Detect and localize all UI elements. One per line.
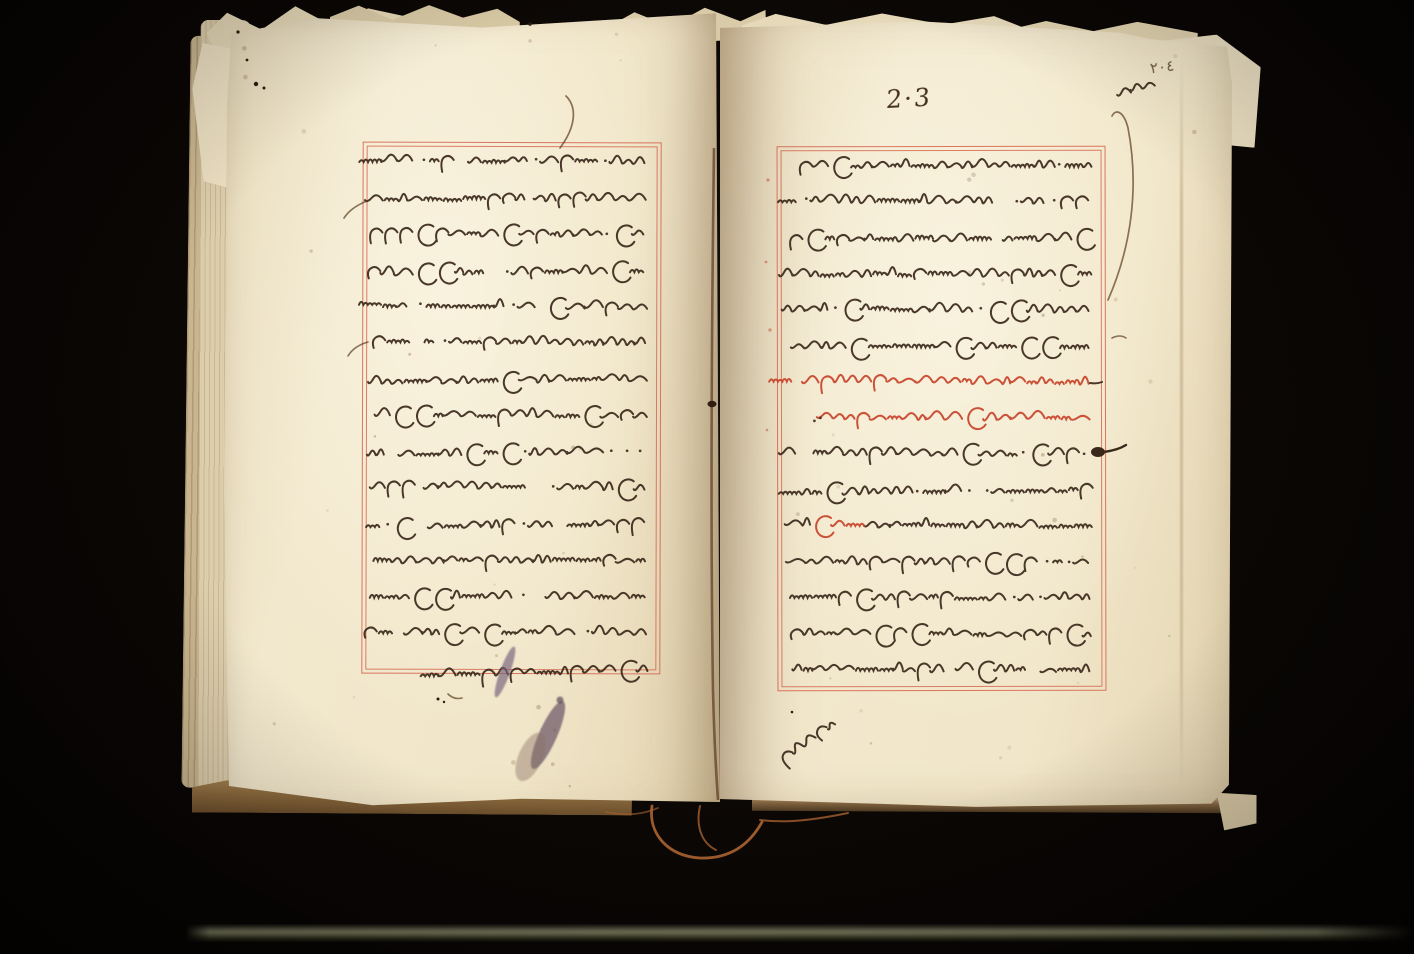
right-page-crease — [1180, 60, 1183, 790]
marginal-folio-numerals: ٢٠٤ — [1149, 57, 1175, 78]
photo-stage: 2·3 ٢٠٤ — [0, 0, 1414, 954]
left-text-frame — [361, 142, 661, 675]
right-text-frame — [777, 146, 1107, 692]
binding-thread — [606, 806, 848, 858]
page-number: 2·3 — [873, 82, 945, 115]
table-edge-strip — [185, 924, 1414, 942]
